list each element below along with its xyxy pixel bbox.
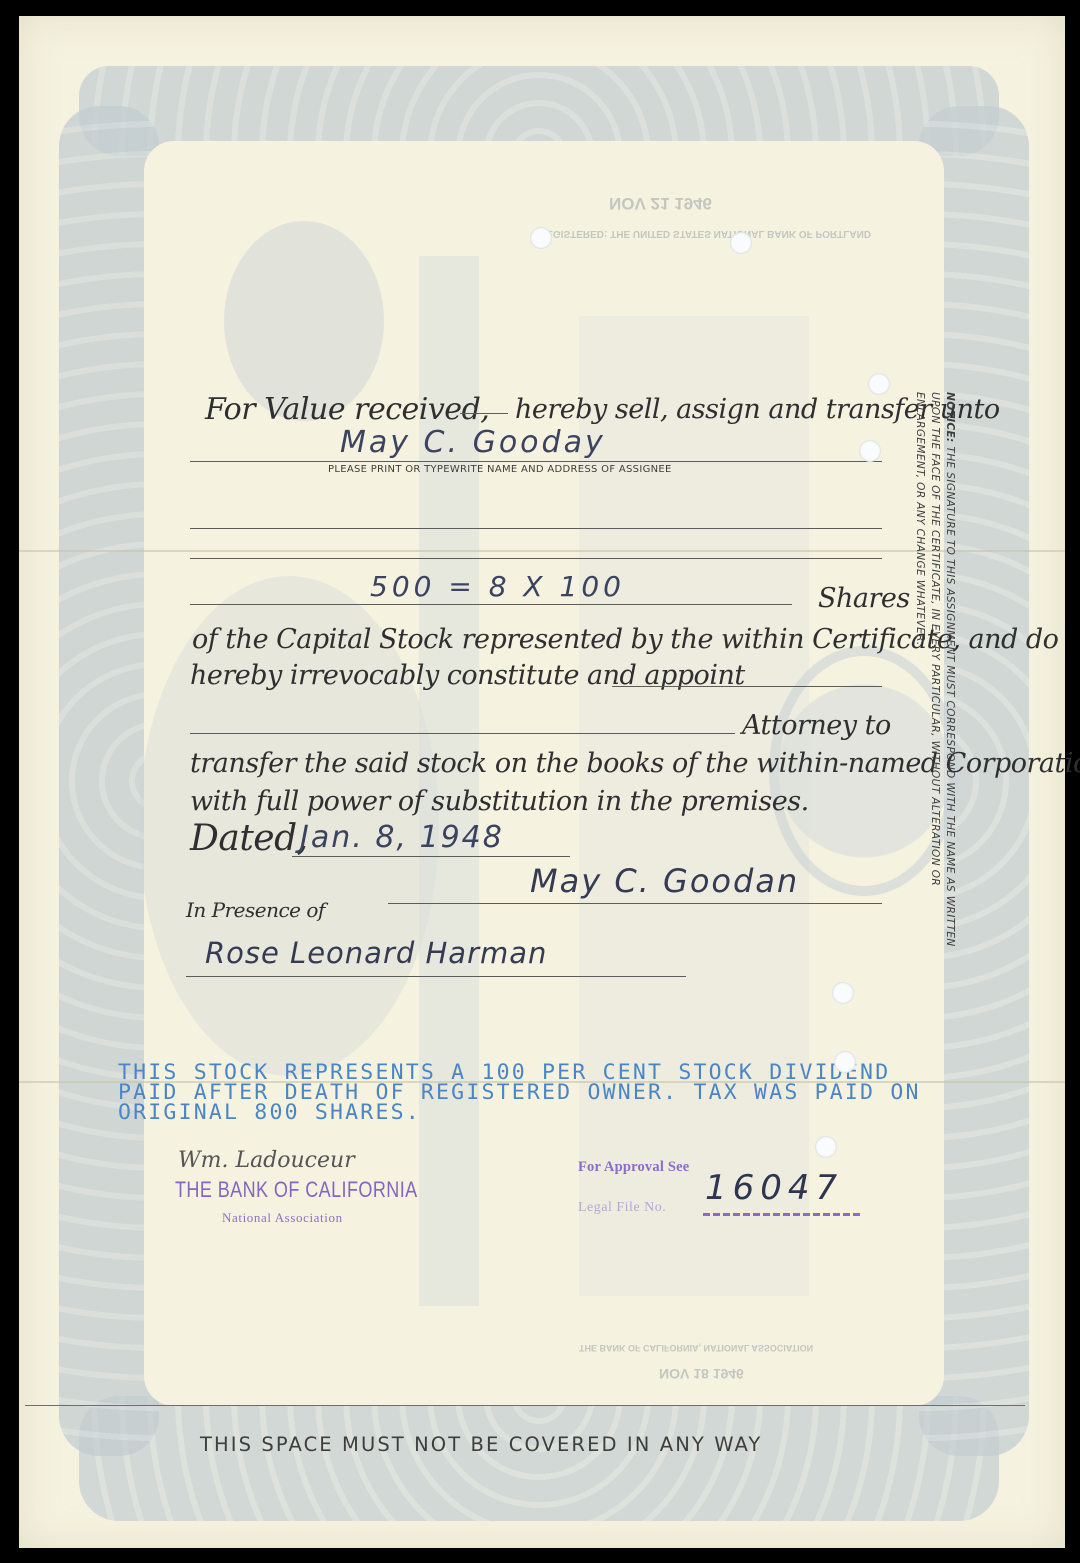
dated-label: Dated,	[190, 818, 308, 859]
witness-signature[interactable]: Rose Leonard Harman	[205, 936, 547, 970]
legal-file-underline	[703, 1213, 861, 1216]
bank-officer-signature: Wm. Ladouceur	[178, 1148, 355, 1173]
ghost-registered-date: NOV 21 1946	[609, 193, 712, 213]
typed-dividend-note: THIS STOCK REPRESENTS A 100 PER CENT STO…	[118, 1063, 921, 1123]
punch-hole	[730, 232, 752, 254]
security-border-bottom	[79, 1396, 999, 1521]
signature-line	[388, 903, 882, 904]
date-line	[292, 856, 570, 857]
notice-label: NOTICE:	[944, 392, 956, 443]
owner-signature[interactable]: May C. Goodan	[530, 862, 799, 900]
assignee-caption: PLEASE PRINT OR TYPEWRITE NAME AND ADDRE…	[328, 464, 672, 475]
punch-hole	[530, 227, 552, 249]
address-line-1	[190, 528, 882, 529]
ghost-registrar: REGISTERED: THE UNITED STATES NATIONAL B…	[539, 228, 871, 239]
legal-file-label: Legal File No.	[578, 1200, 666, 1216]
bank-stamp-subtitle: National Association	[222, 1210, 343, 1226]
ghost-transfer-agent: THE BANK OF CALIFORNIA, NATIONAL ASSOCIA…	[579, 1343, 813, 1353]
substitution-text: with full power of substitution in the p…	[190, 786, 809, 817]
address-line-2	[190, 558, 882, 559]
bottom-divider	[25, 1405, 1025, 1406]
blank-line	[460, 413, 508, 414]
attorney-line[interactable]	[190, 733, 735, 734]
signature-notice: NOTICE: THE SIGNATURE TO THIS ASSIGNMENT…	[905, 392, 957, 964]
legal-file-number[interactable]: 16047	[705, 1168, 843, 1208]
ghost-countersigned-date: NOV 18 1946	[659, 1366, 744, 1382]
in-presence-label: In Presence of	[186, 898, 325, 922]
shares-count-field[interactable]: 500 = 8 X 100	[370, 570, 625, 603]
attorney-label: Attorney to	[742, 710, 891, 741]
punch-hole	[832, 982, 854, 1004]
witness-line	[186, 976, 686, 977]
shares-label: Shares	[818, 583, 910, 614]
punch-hole	[859, 440, 881, 462]
do-not-cover-warning: THIS SPACE MUST NOT BE COVERED IN ANY WA…	[200, 1433, 762, 1456]
attorney-name-line[interactable]	[612, 686, 882, 687]
assignee-name-field[interactable]: May C. Gooday	[340, 425, 606, 460]
approval-stamp-heading: For Approval See	[578, 1159, 689, 1176]
shares-line	[190, 604, 792, 605]
assignee-line	[190, 461, 882, 462]
punch-hole	[815, 1136, 837, 1158]
notice-text: THE SIGNATURE TO THIS ASSIGNMENT MUST CO…	[914, 392, 956, 947]
typed-line-3: ORIGINAL 800 SHARES.	[118, 1100, 421, 1125]
bank-stamp-name: THE BANK OF CALIFORNIA	[175, 1177, 418, 1203]
for-value-received-text: For Value received,	[205, 392, 489, 427]
date-field[interactable]: Jan. 8, 1948	[300, 820, 504, 855]
punch-hole	[834, 1051, 856, 1073]
punch-hole	[868, 373, 890, 395]
ghost-vignette-top	[224, 221, 384, 421]
